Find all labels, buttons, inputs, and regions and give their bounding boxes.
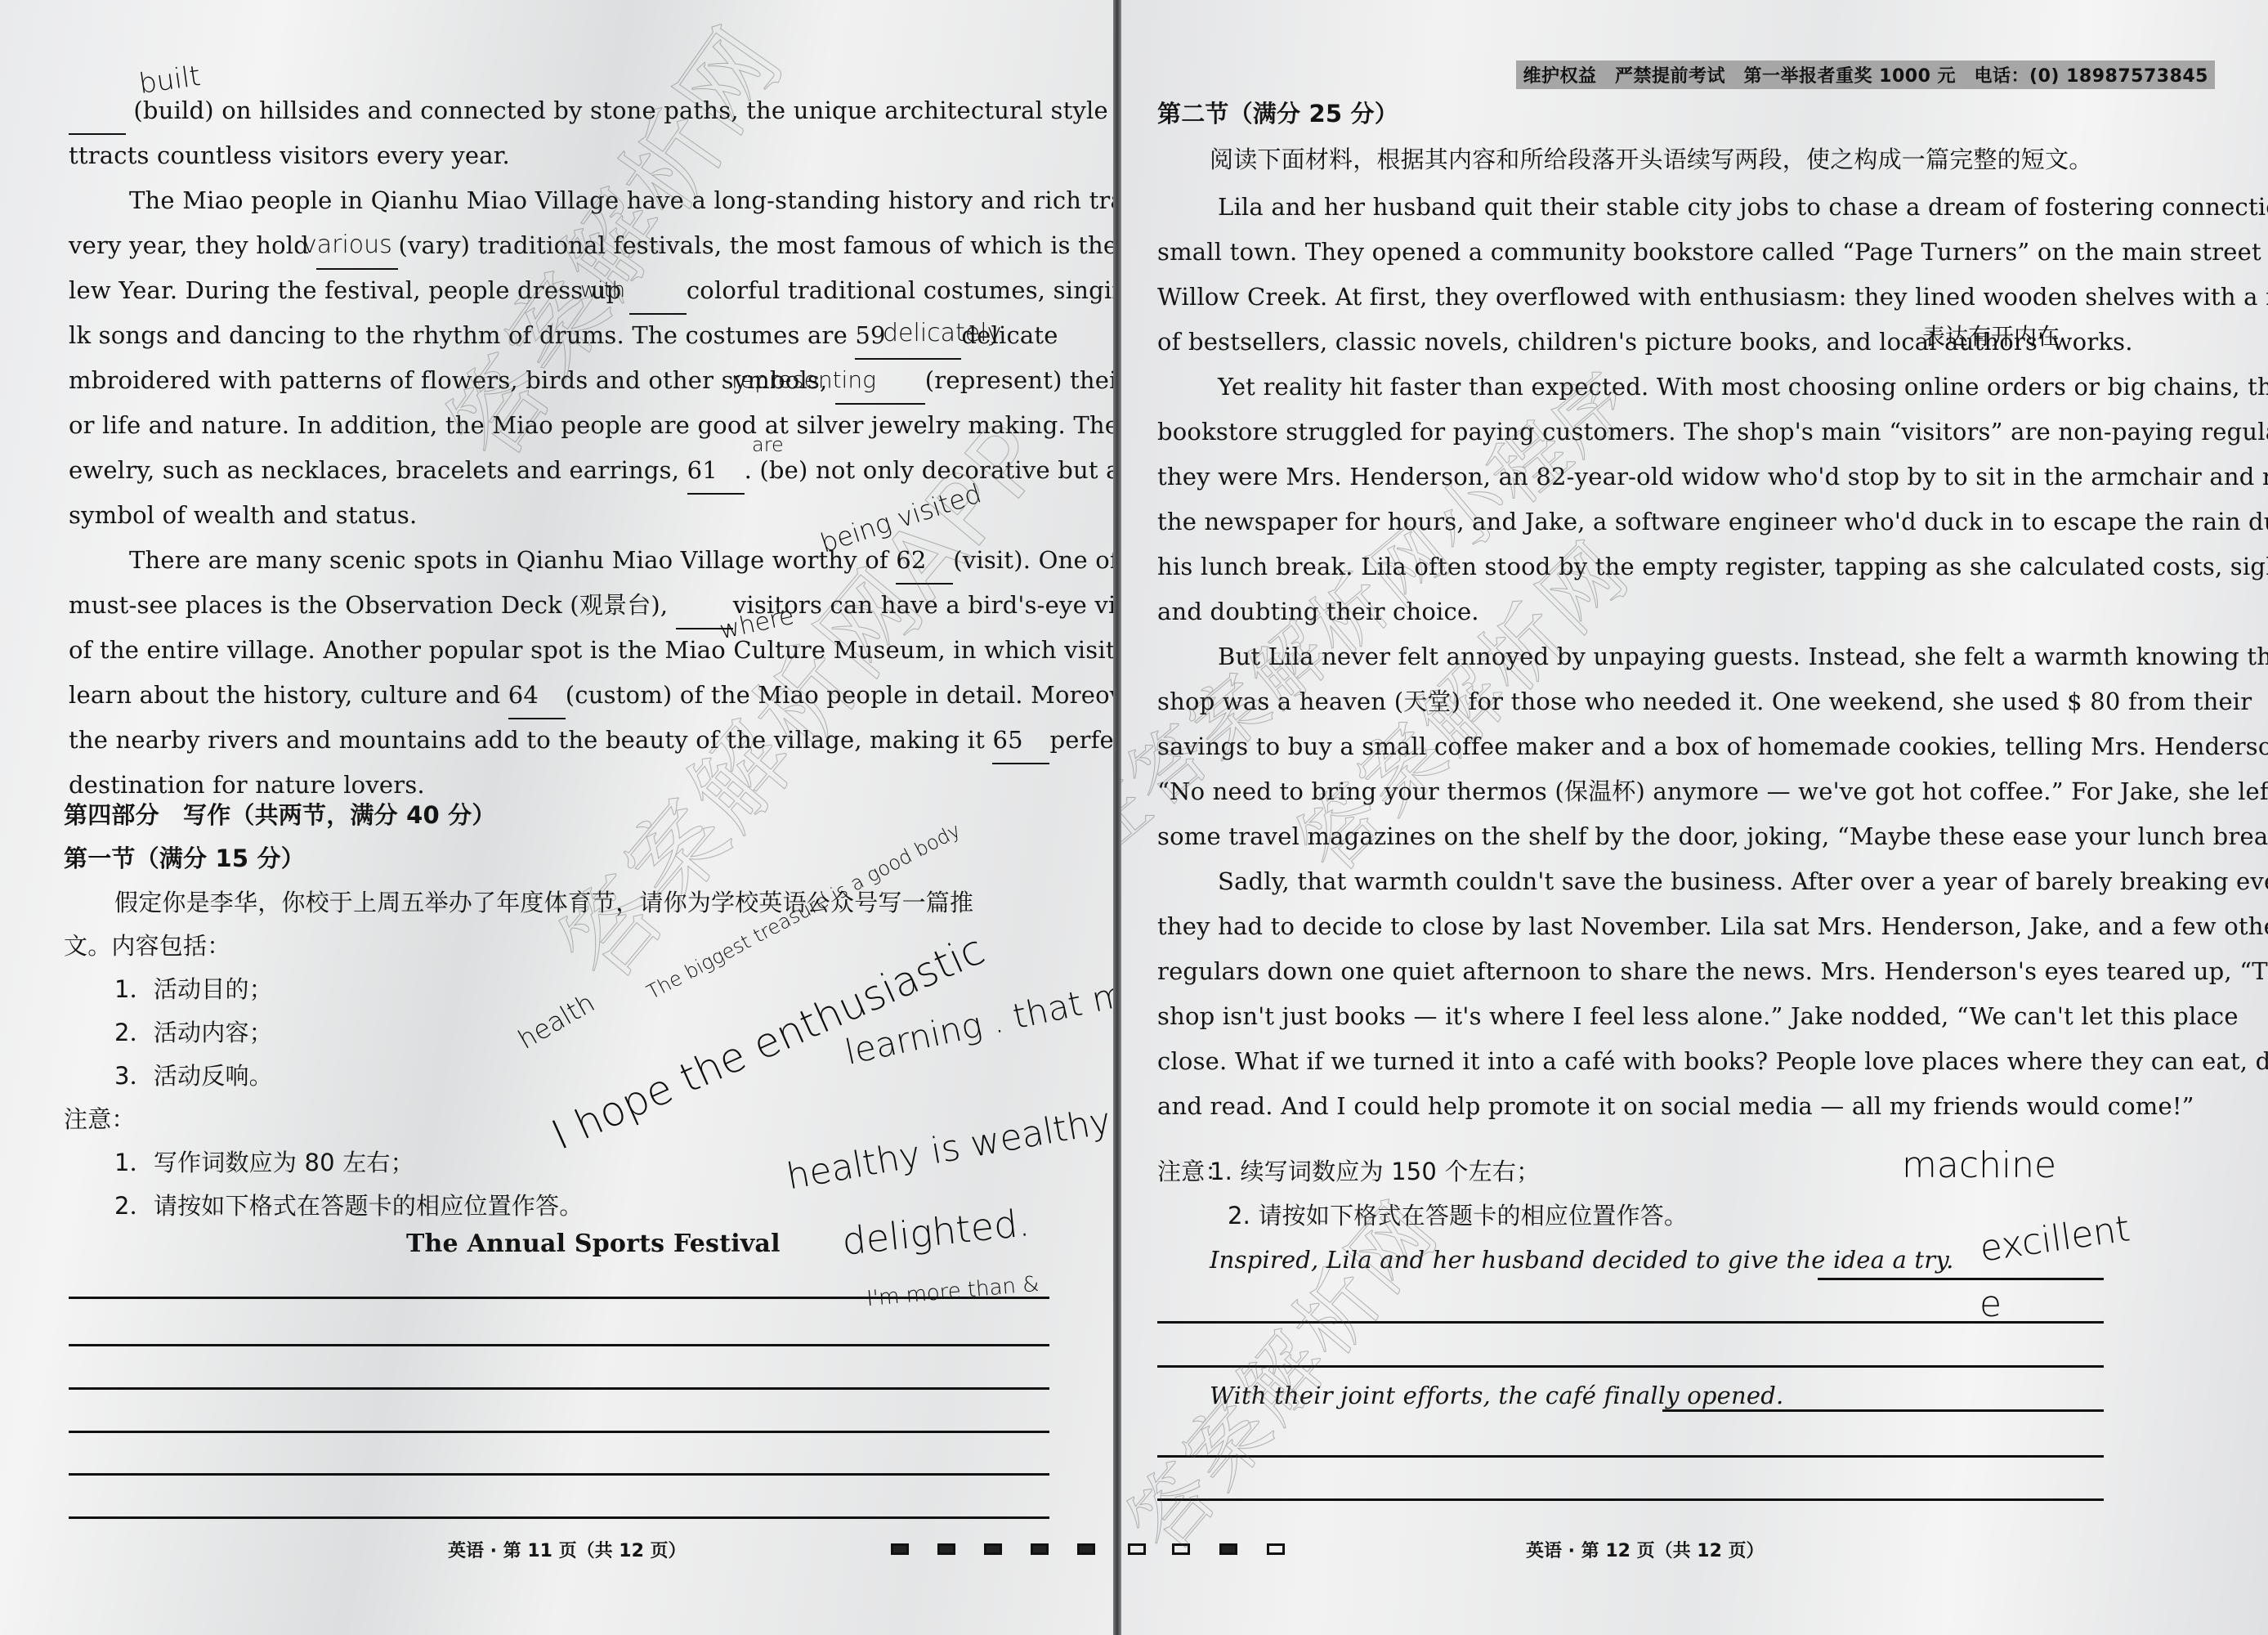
answer-blank-61: 61: [687, 448, 745, 495]
passage-line: ttracts countless visitors every year.: [69, 133, 1049, 178]
alignment-marker: [1267, 1543, 1285, 1555]
answer-line: [1818, 1278, 2104, 1280]
answer-line: [69, 1344, 1049, 1346]
header-strip: 维护权益 严禁提前考试 第一举报者重奖 1000 元 电话：(0) 189875…: [1516, 60, 2215, 89]
content-item-1: 1．活动目的；: [114, 967, 273, 1012]
handwriting-excellent: excillent: [1977, 1207, 2132, 1270]
content-item-2: 2．活动内容；: [114, 1010, 273, 1055]
story-line: the newspaper for hours, and Jake, a sof…: [1157, 499, 2114, 544]
passage-line: (build) on hillsides and connected by st…: [69, 88, 1049, 133]
answer-line: [69, 1473, 1049, 1476]
content-item-3: 3．活动反响。: [114, 1054, 273, 1099]
story-line: Lila and her husband quit their stable c…: [1157, 185, 2114, 230]
story-line: they had to decide to close by last Nove…: [1157, 904, 2114, 949]
alignment-marker: [1077, 1543, 1095, 1555]
story-line: they were Mrs. Henderson, an 82-year-old…: [1157, 455, 2114, 499]
page-footer: 英语 · 第 12 页（共 12 页）: [1526, 1537, 1765, 1562]
handwriting-delicately: delicately: [883, 319, 1001, 347]
instruction: 阅读下面材料，根据其内容和所给段落开头语续写两段，使之构成一篇完整的短文。: [1210, 137, 2092, 182]
story-line: close. What if we turned it into a café …: [1157, 1039, 2114, 1084]
answer-line: [1662, 1409, 2104, 1412]
story-line: shop isn't just books — it's where I fee…: [1157, 994, 2114, 1039]
answer-blank-57: [69, 88, 126, 135]
handwriting-annotation: 表达有开内在: [1922, 319, 2060, 352]
subsection-header: 第二节（满分 25 分）: [1157, 92, 1398, 137]
alignment-marker: [984, 1543, 1002, 1555]
answer-line: [69, 1516, 1049, 1519]
story-line: Sadly, that warmth couldn't save the bus…: [1157, 859, 2114, 904]
passage-line: the nearby rivers and mountains add to t…: [69, 718, 1049, 763]
exam-page-11: (build) on hillsides and connected by st…: [0, 0, 1113, 1635]
handwriting-health: health: [512, 987, 600, 1055]
story-line: Willow Creek. At first, they overflowed …: [1157, 275, 2114, 320]
notes-label: 注意：: [64, 1097, 136, 1142]
handwriting-are: are: [752, 433, 784, 456]
answer-line: [1157, 1455, 2104, 1458]
alignment-marker: [1128, 1543, 1146, 1555]
alignment-marker: [937, 1543, 955, 1555]
handwriting-im-more: I'm more than &: [866, 1272, 1040, 1311]
handwriting-various: various: [302, 231, 392, 259]
note-1: 1．写作词数应为 80 左右；: [114, 1140, 414, 1185]
page-fold: [1113, 0, 1121, 1635]
answer-blank-65: 65: [992, 718, 1049, 764]
answer-line: [69, 1431, 1049, 1433]
exam-page-12: 维护权益 严禁提前考试 第一举报者重奖 1000 元 电话：(0) 189875…: [1121, 0, 2268, 1635]
section-header: 第四部分 写作（共两节，满分 40 分）: [64, 793, 496, 838]
alignment-marker: [1031, 1543, 1049, 1555]
alignment-marker: [891, 1543, 909, 1555]
handwriting-representing: representing: [731, 366, 876, 393]
handwriting-healthy: healthy is wealthy: [784, 1100, 1113, 1198]
answer-line: [69, 1387, 1049, 1390]
story-line: and read. And I could help promote it on…: [1157, 1084, 2114, 1129]
essay-title: The Annual Sports Festival: [406, 1221, 781, 1266]
writing-prompt-line2: 文。内容包括：: [64, 924, 230, 969]
answer-blank-64: 64: [508, 673, 566, 719]
subsection-header: 第一节（满分 15 分）: [64, 836, 305, 881]
story-line: small town. They opened a community book…: [1157, 230, 2114, 275]
note-2: 2. 请按如下格式在答题卡的相应位置作答。: [1228, 1194, 1688, 1239]
story-line: savings to buy a small coffee maker and …: [1157, 724, 2114, 769]
story-line: regulars down one quiet afternoon to sha…: [1157, 949, 2114, 994]
answer-line: [1157, 1498, 2104, 1501]
handwriting-machine: machine: [1902, 1144, 2056, 1186]
handwriting-delighted: delighted.: [840, 1200, 1031, 1264]
page-footer: 英语 · 第 11 页（共 12 页）: [448, 1537, 687, 1562]
handwriting-e: e: [1979, 1283, 2002, 1325]
alignment-marker: [1219, 1543, 1237, 1555]
